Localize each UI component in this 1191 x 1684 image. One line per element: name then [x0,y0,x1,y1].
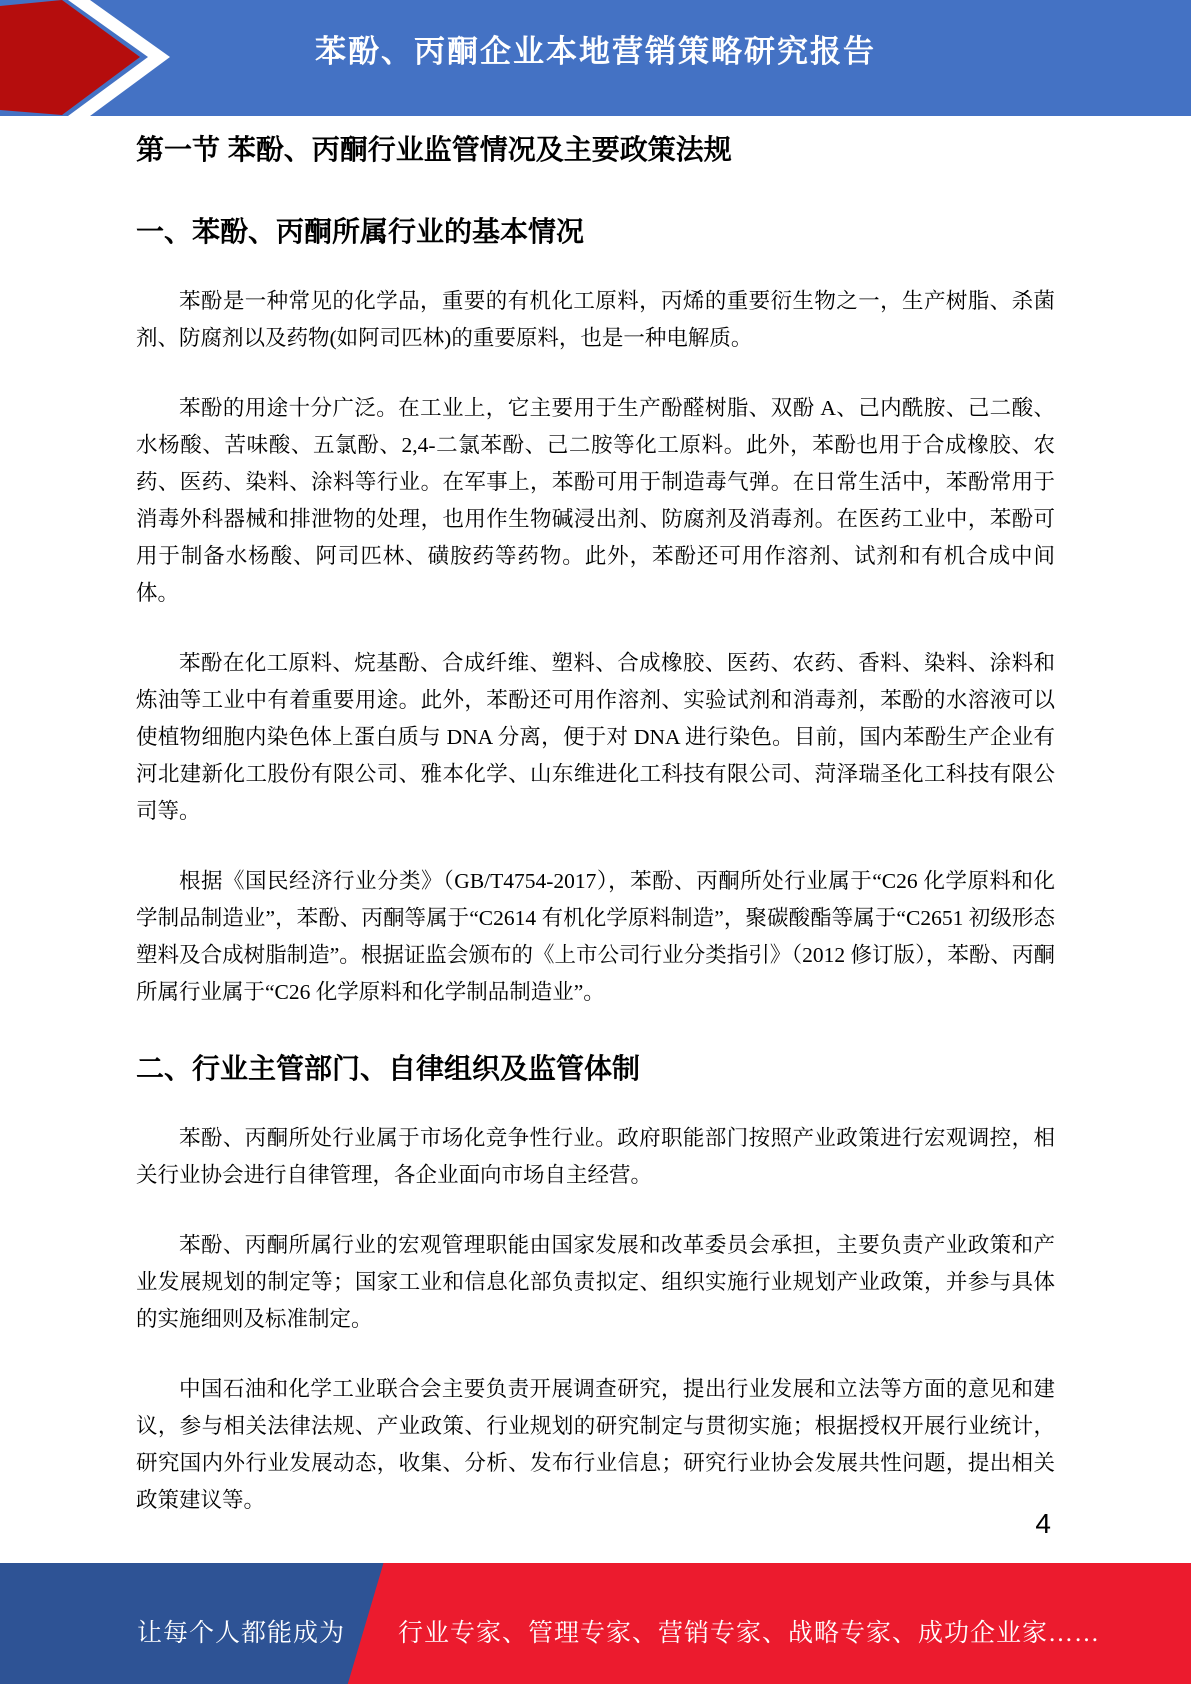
page-footer: 让每个人都能成为 行业专家、管理专家、营销专家、战略专家、成功企业家…… [0,1563,1191,1684]
report-page: { "header": { "title": "苯酚、丙酮企业本地营销策略研究报… [0,0,1191,1684]
body-paragraph: 根据《国民经济行业分类》（GB/T4754-2017），苯酚、丙酮所处行业属于“… [136,863,1055,1011]
report-header: 苯酚、丙酮企业本地营销策略研究报告 [0,0,1191,116]
page-number: 4 [1035,1508,1051,1540]
body-paragraph: 苯酚在化工原料、烷基酚、合成纤维、塑料、合成橡胶、医药、农药、香料、染料、涂料和… [136,645,1055,830]
report-title: 苯酚、丙酮企业本地营销策略研究报告 [0,26,1191,71]
body-paragraph: 苯酚、丙酮所处行业属于市场化竞争性行业。政府职能部门按照产业政策进行宏观调控，相… [136,1120,1055,1194]
subsection-heading-1: 一、苯酚、丙酮所属行业的基本情况 [136,214,1055,250]
footer-slogan-right: 行业专家、管理专家、营销专家、战略专家、成功企业家…… [398,1613,1100,1649]
footer-slogan-left: 让每个人都能成为 [137,1613,345,1649]
body-paragraph: 苯酚是一种常见的化学品，重要的有机化工原料，丙烯的重要衍生物之一，生产树脂、杀菌… [136,283,1055,357]
body-paragraph: 苯酚、丙酮所属行业的宏观管理职能由国家发展和改革委员会承担，主要负责产业政策和产… [136,1227,1055,1338]
body-paragraph: 中国石油和化学工业联合会主要负责开展调查研究，提出行业发展和立法等方面的意见和建… [136,1371,1055,1519]
section-title: 第一节 苯酚、丙酮行业监管情况及主要政策法规 [136,132,1055,168]
subsection-heading-2: 二、行业主管部门、自律组织及监管体制 [136,1051,1055,1087]
document-body: 第一节 苯酚、丙酮行业监管情况及主要政策法规 一、苯酚、丙酮所属行业的基本情况 … [136,132,1055,1519]
body-paragraph: 苯酚的用途十分广泛。在工业上，它主要用于生产酚醛树脂、双酚 A、己内酰胺、己二酸… [136,390,1055,612]
